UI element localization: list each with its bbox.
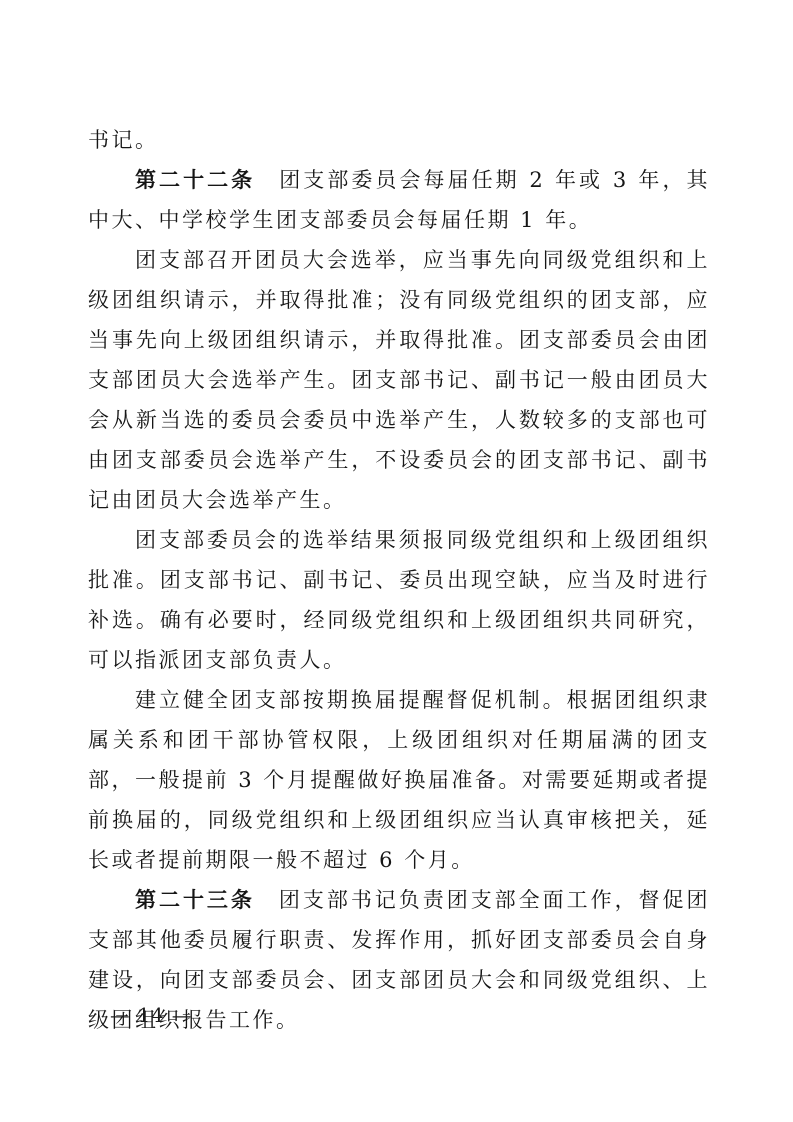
article-22-paragraph: 第二十二条团支部委员会每届任期 2 年或 3 年，其中大、中学校学生团支部委员会… bbox=[88, 160, 710, 240]
article-22-heading: 第二十二条 bbox=[135, 168, 255, 192]
paragraph-term-renewal-mechanism: 建立健全团支部按期换届提醒督促机制。根据团组织隶属关系和团干部协管权限，上级团组… bbox=[88, 680, 710, 880]
document-page: 书记。 第二十二条团支部委员会每届任期 2 年或 3 年，其中大、中学校学生团支… bbox=[0, 0, 793, 1122]
paragraph-election-procedure: 团支部召开团员大会选举，应当事先向同级党组织和上级团组织请示，并取得批准；没有同… bbox=[88, 240, 710, 520]
document-body: 书记。 第二十二条团支部委员会每届任期 2 年或 3 年，其中大、中学校学生团支… bbox=[88, 120, 710, 1040]
page-number: — 14 — bbox=[110, 1002, 192, 1030]
paragraph-election-results: 团支部委员会的选举结果须报同级党组织和上级团组织批准。团支部书记、副书记、委员出… bbox=[88, 520, 710, 680]
article-23-heading: 第二十三条 bbox=[135, 888, 255, 912]
paragraph-continuation: 书记。 bbox=[88, 120, 710, 160]
